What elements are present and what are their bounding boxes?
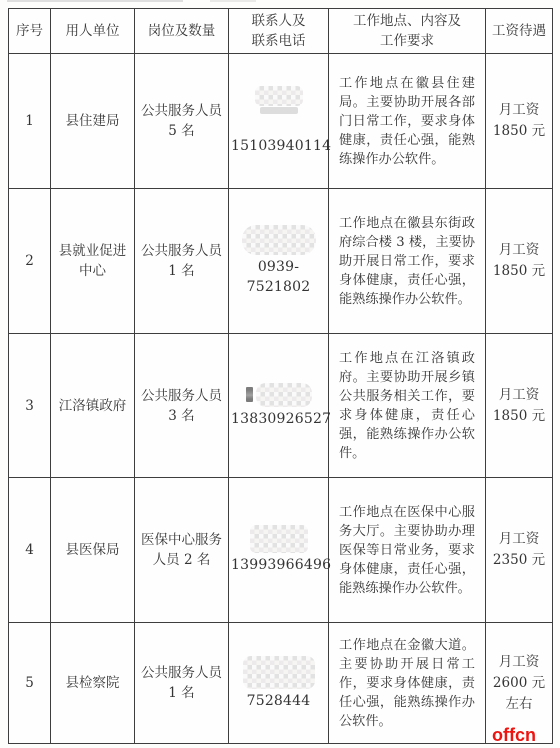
redacted-contact-name-mosaic [256,383,312,407]
column-header-work: 工作地点、内容及 工作要求 [329,9,486,54]
contact-cell: 13830926527 [229,334,329,478]
job-postings-table: 序号 用人单位 岗位及数量 联系人及 联系电话 工作地点、内容及 工作要求 工资… [8,8,553,744]
contact-phone: 0939-7521802 [231,257,326,297]
row-number: 4 [9,478,51,623]
row-number: 5 [9,623,51,744]
row-number: 3 [9,334,51,478]
position-cell: 公共服务人员 3 名 [135,334,229,478]
employer-cell: 县住建局 [51,54,135,189]
table-row: 3 江洛镇政府 公共服务人员 3 名 13830926527 工作地点在江洛镇政… [9,334,553,478]
work-description-cell: 工作地点在徽县东街政府综合楼 3 楼，主要协助开展日常工作，要求身体健康，责任心… [329,189,486,334]
position-cell: 医保中心服务 人员 2 名 [135,478,229,623]
salary-cell: 月工资 2350 元 [486,478,553,623]
work-description-cell: 工作地点在徽县住建局。主要协助开展各部门日常工作，要求身体健康，责任心强，能熟练… [329,54,486,189]
redacted-contact-name-mosaic [250,525,308,553]
row-number: 2 [9,189,51,334]
contact-cell: 7528444 [229,623,329,744]
employer-cell: 县就业促进 中心 [51,189,135,334]
row-number: 1 [9,54,51,189]
salary-cell: 月工资 1850 元 [486,54,553,189]
column-header-employer: 用人单位 [51,9,135,54]
employer-cell: 江洛镇政府 [51,334,135,478]
salary-cell: 月工资 1850 元 [486,334,553,478]
redacted-contact-name-mosaic [242,225,316,255]
employer-cell: 县医保局 [51,478,135,623]
employer-cell: 县检察院 [51,623,135,744]
contact-cell: 15103940114 [229,54,329,189]
offcn-watermark: offcn [492,725,536,746]
table-row: 5 县检察院 公共服务人员 1 名 7528444 工作地点在金徽大道。主要协助… [9,623,553,744]
table-row: 4 县医保局 医保中心服务 人员 2 名 13993966496 工作地点在医保… [9,478,553,623]
table-row: 2 县就业促进 中心 公共服务人员 1 名 0939-7521802 工作地点在… [9,189,553,334]
header-row: 序号 用人单位 岗位及数量 联系人及 联系电话 工作地点、内容及 工作要求 工资… [9,9,553,54]
work-description-cell: 工作地点在医保中心服务大厅。主要协助办理医保等日常业务，要求身体健康，责任心强，… [329,478,486,623]
contact-phone: 13830926527 [231,409,326,429]
table-row: 1 县住建局 公共服务人员 5 名 15103940114 工作地点在徽县住建局… [9,54,553,189]
position-cell: 公共服务人员 1 名 [135,189,229,334]
cropped-line-remnant [210,0,256,2]
column-header-salary: 工资待遇 [486,9,553,54]
column-header-contact: 联系人及 联系电话 [229,9,329,54]
partially-visible-glyph [246,387,253,402]
contact-cell: 0939-7521802 [229,189,329,334]
cropped-line-remnant [7,0,183,2]
contact-phone: 15103940114 [231,136,326,156]
position-cell: 公共服务人员 5 名 [135,54,229,189]
contact-cell: 13993966496 [229,478,329,623]
scanned-job-listing-page: 序号 用人单位 岗位及数量 联系人及 联系电话 工作地点、内容及 工作要求 工资… [0,0,560,748]
work-description-cell: 工作地点在江洛镇政府。主要协助开展乡镇公共服务相关工作，要求身体健康，责任心强，… [329,334,486,478]
redacted-glyph-smudge [260,107,298,114]
contact-phone: 7528444 [231,691,326,711]
position-cell: 公共服务人员 1 名 [135,623,229,744]
contact-phone: 13993966496 [231,555,326,575]
column-header-no: 序号 [9,9,51,54]
column-header-position: 岗位及数量 [135,9,229,54]
redacted-contact-name-mosaic [243,656,315,689]
salary-cell: 月工资 1850 元 [486,189,553,334]
redacted-contact-name-mosaic [255,86,303,106]
work-description-cell: 工作地点在金徽大道。主要协助开展日常工作，要求身体健康，责任心强，能熟练操作办公… [329,623,486,744]
